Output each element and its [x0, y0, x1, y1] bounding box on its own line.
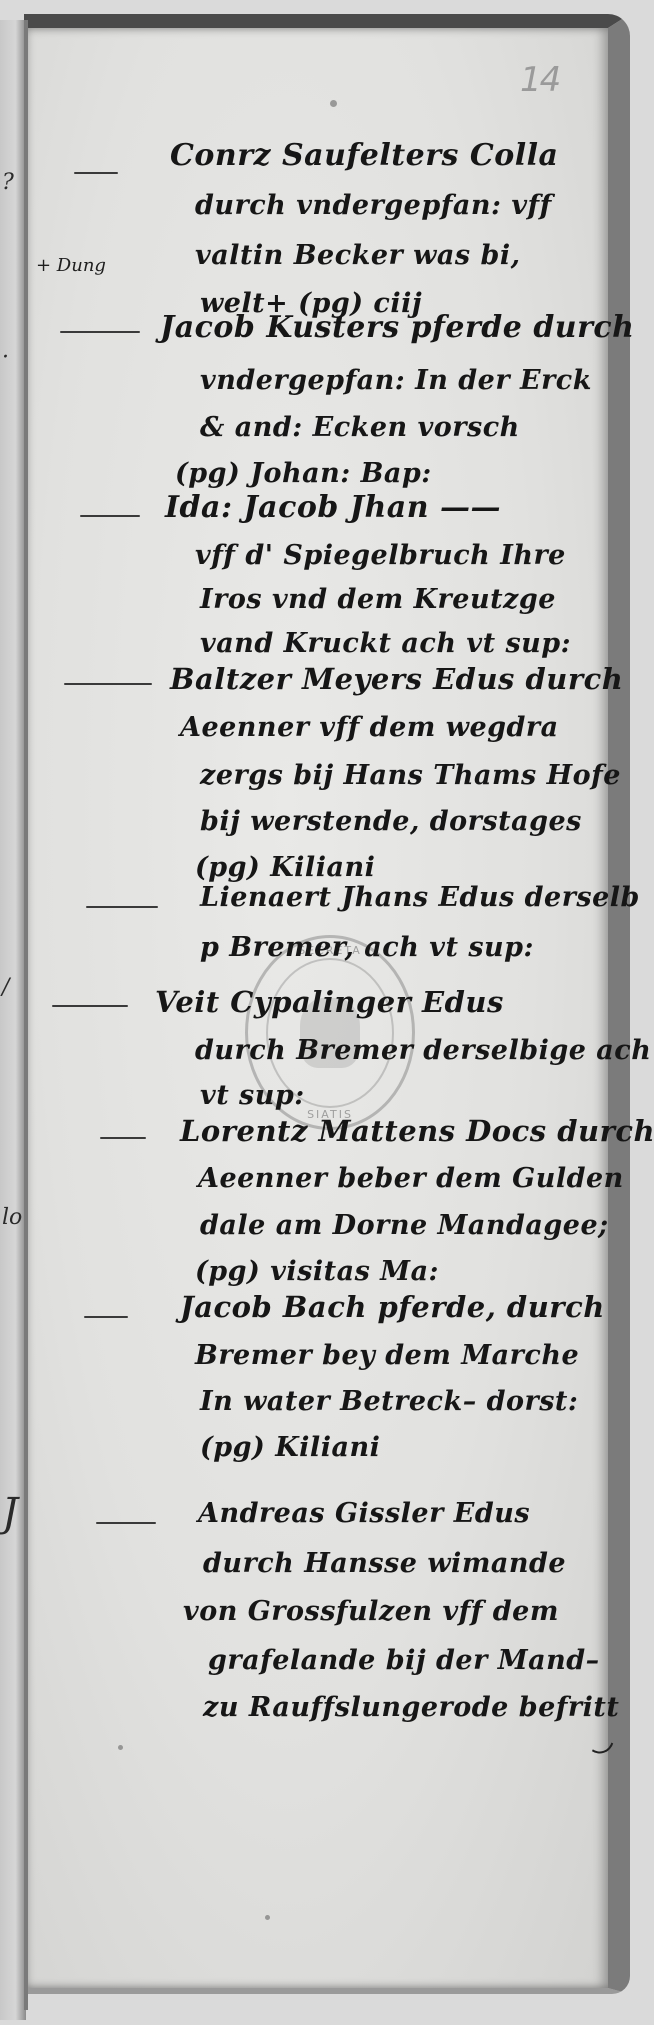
entry-line: (pg) Kiliani: [200, 1432, 380, 1463]
entry-line: Bremer bey dem Marche: [195, 1340, 579, 1371]
entry-line: vff d' Spiegelbruch Ihre: [195, 540, 566, 571]
entry-line: Iros vnd dem Kreutzge: [200, 584, 556, 615]
entry-line: (pg) Johan: Bap:: [175, 458, 432, 489]
entry-dash-marker: [80, 515, 140, 517]
page-gutter: [24, 20, 28, 2010]
entry-line: zu Rauffslungerode befritt: [203, 1692, 619, 1723]
entry-line: durch vndergepfan: vff: [195, 190, 552, 221]
entry-dash-marker: [64, 683, 152, 685]
entry-line: grafelande bij der Mand–: [208, 1645, 600, 1676]
entry-dash-marker: [52, 1005, 128, 1007]
entry-dash-marker: [74, 172, 118, 174]
entry-line: p Bremer, ach vt sup:: [200, 932, 534, 963]
entry-line: zergs bij Hans Thams Hofe: [200, 760, 621, 791]
entry-line: Aeenner beber dem Gulden: [198, 1163, 624, 1194]
entry-line: Conrz Saufelters Colla: [170, 138, 559, 173]
entry-line: Baltzer Meyers Edus durch: [170, 662, 623, 696]
entry-line: vt sup:: [200, 1080, 305, 1111]
entry-dash-marker: [100, 1137, 146, 1139]
adjacent-page-mark: ?: [2, 170, 14, 195]
entry-line: (pg) visitas Ma:: [195, 1256, 439, 1287]
entry-line: Lienaert Jhans Edus derselb: [200, 882, 640, 913]
entry-line: Aeenner vff dem wegdra: [180, 712, 559, 743]
entry-dash-marker: [60, 331, 140, 333]
entry-line: & and: Ecken vorsch: [200, 412, 520, 443]
adjacent-page-mark: ·: [2, 345, 9, 370]
entry-dash-marker: [84, 1316, 128, 1318]
margin-note: + Dung: [36, 255, 106, 276]
entry-line: In water Betreck– dorst:: [200, 1386, 578, 1417]
entry-line: durch Hansse wimande: [203, 1548, 566, 1579]
entry-line: vndergepfan: In der Erck: [200, 365, 592, 396]
entry-line: Jacob Kusters pferde durch: [160, 310, 634, 345]
entry-line: von Grossfulzen vff dem: [183, 1596, 559, 1627]
entry-line: Veit Cypalinger Edus: [155, 985, 504, 1019]
entry-line: Jacob Bach pferde, durch: [180, 1290, 605, 1324]
folio-number: 14: [520, 60, 559, 100]
entry-line: vand Kruckt ach vt sup:: [200, 628, 571, 659]
entry-line: Lorentz Mattens Docs durch: [180, 1114, 654, 1148]
entry-line: dale am Dorne Mandagee;: [200, 1210, 609, 1241]
entry-line: bij werstende, dorstages: [200, 806, 582, 837]
entry-line: Ida: Jacob Jhan ——: [165, 490, 501, 525]
adjacent-page-edge: [0, 20, 26, 2020]
adjacent-page-mark: /: [2, 975, 9, 1000]
entry-line: valtin Becker was bi,: [195, 240, 521, 271]
entry-line: durch Bremer derselbige ach: [195, 1035, 651, 1066]
entry-line: (pg) Kiliani: [195, 852, 375, 883]
entry-dash-marker: [96, 1522, 156, 1524]
adjacent-page-mark: lo: [2, 1205, 22, 1230]
entry-line: Andreas Gissler Edus: [198, 1498, 530, 1529]
adjacent-page-mark: J: [2, 1490, 18, 1536]
entry-dash-marker: [86, 906, 158, 908]
